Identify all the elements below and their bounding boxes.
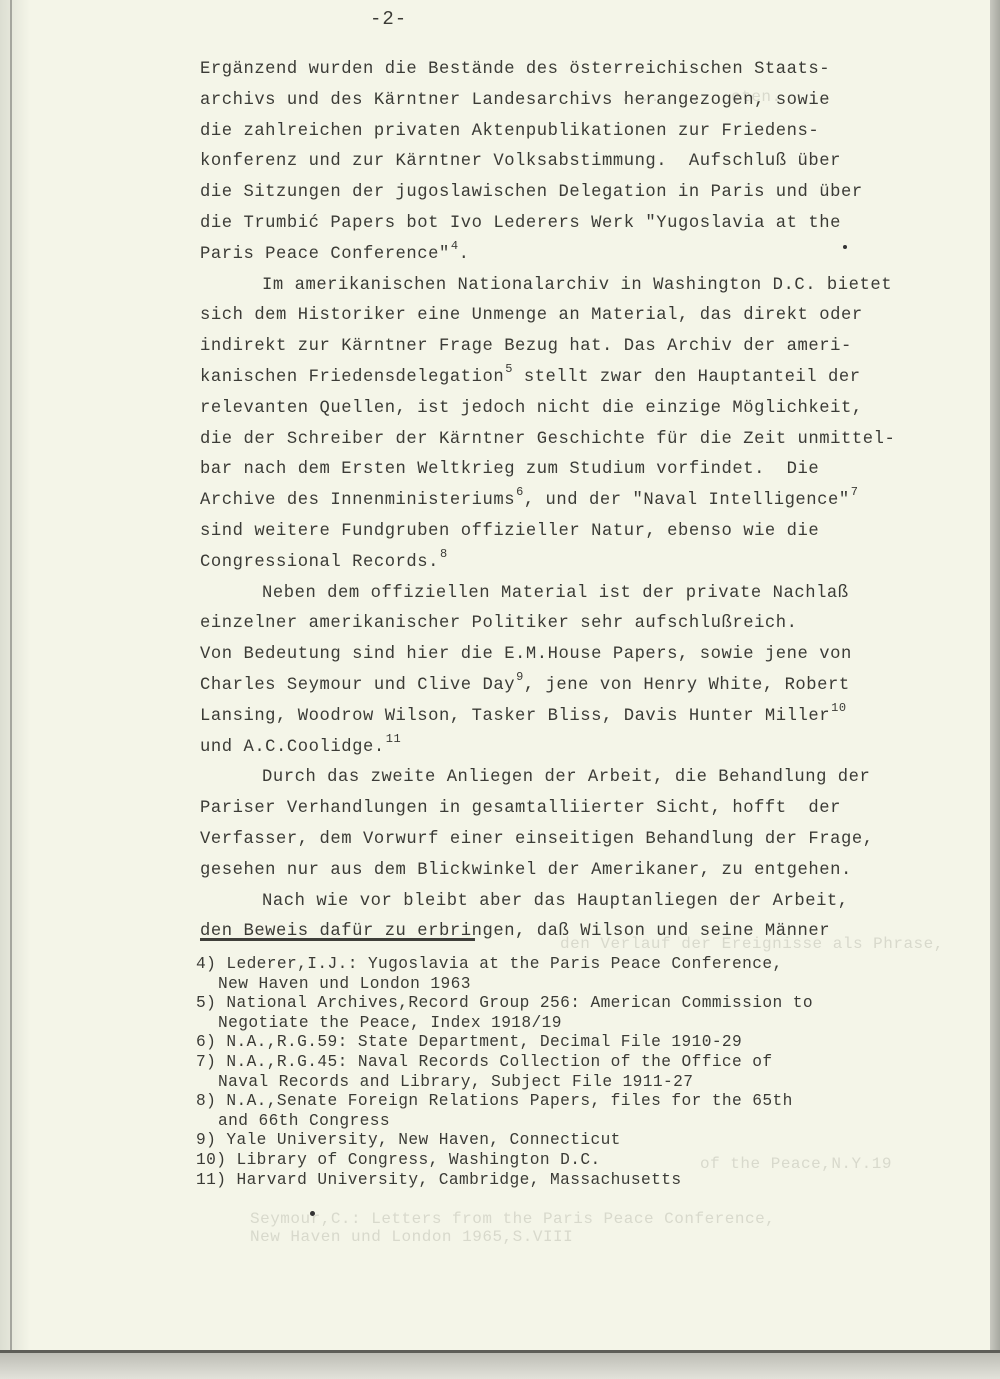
text-line-content: Verfasser, dem Vorwurf einer einseitigen… — [200, 830, 874, 849]
footnote-reference: 10 — [831, 701, 847, 715]
text-line-content: Ergänzend wurden die Bestände des österr… — [200, 60, 830, 79]
text-line: Neben dem offiziellen Material ist der p… — [200, 579, 980, 610]
scan-left-shade — [0, 0, 30, 1350]
text-line-content: die der Schreiber der Kärntner Geschicht… — [200, 430, 895, 449]
footnote-reference: 7 — [851, 485, 859, 499]
text-line: die zahlreichen privaten Aktenpublikatio… — [200, 117, 980, 148]
text-line-content: gesehen nur aus dem Blickwinkel der Amer… — [200, 861, 852, 880]
bleed-through-text: New Haven und London 1965,S.VIII — [250, 1228, 573, 1246]
text-line: Paris Peace Conference"4. — [200, 240, 980, 271]
text-line-content: und A.C.Coolidge. — [200, 738, 385, 757]
text-line-content: Pariser Verhandlungen in gesamtalliierte… — [200, 799, 841, 818]
footnote-separator — [200, 938, 475, 941]
text-line: gesehen nur aus dem Blickwinkel der Amer… — [200, 856, 980, 887]
scan-left-edge — [10, 0, 12, 1350]
ink-speck — [843, 245, 847, 249]
text-line-content: kanischen Friedensdelegation — [200, 368, 504, 387]
footnote-reference: 11 — [386, 732, 402, 746]
text-line-content: die zahlreichen privaten Aktenpublikatio… — [200, 122, 819, 141]
text-line-content: sich dem Historiker eine Unmenge an Mate… — [200, 306, 863, 325]
text-line-content: Nach wie vor bleibt aber das Hauptanlieg… — [262, 892, 849, 911]
footnote-reference: 8 — [440, 547, 448, 561]
footnote-item: 9) Yale University, New Haven, Connectic… — [196, 1131, 986, 1151]
text-line-content: , jene von Henry White, Robert — [524, 676, 850, 695]
footnote-item: 4) Lederer,I.J.: Yugoslavia at the Paris… — [196, 955, 986, 975]
text-line-content: Von Bedeutung sind hier die E.M.House Pa… — [200, 645, 852, 664]
text-line-content: Lansing, Woodrow Wilson, Tasker Bliss, D… — [200, 707, 830, 726]
text-line-content: Neben dem offiziellen Material ist der p… — [262, 584, 849, 603]
footnote-continuation: Negotiate the Peace, Index 1918/19 — [196, 1014, 986, 1034]
page-number: -2- — [370, 8, 407, 30]
text-line: Von Bedeutung sind hier die E.M.House Pa… — [200, 640, 980, 671]
text-line-content: einzelner amerikanischer Politiker sehr … — [200, 614, 798, 633]
body-text: Ergänzend wurden die Bestände des österr… — [200, 55, 980, 948]
bleed-through-text: Seymour,C.: Letters from the Paris Peace… — [250, 1210, 775, 1228]
footnote-item: 6) N.A.,R.G.59: State Department, Decima… — [196, 1033, 986, 1053]
text-line: Charles Seymour und Clive Day9, jene von… — [200, 671, 980, 702]
text-line-content: Charles Seymour und Clive Day — [200, 676, 515, 695]
text-line-content: sind weitere Fundgruben offizieller Natu… — [200, 522, 819, 541]
text-line: Ergänzend wurden die Bestände des österr… — [200, 55, 980, 86]
scan-bottom-strip — [0, 1353, 1000, 1379]
text-line: und A.C.Coolidge.11 — [200, 733, 980, 764]
text-line-content: Durch das zweite Anliegen der Arbeit, di… — [262, 768, 870, 787]
footnote-reference: 6 — [516, 485, 524, 499]
text-line-content: stellt zwar den Hauptanteil der — [513, 368, 861, 387]
ink-speck — [310, 1211, 315, 1216]
text-line-content: Im amerikanischen Nationalarchiv in Wash… — [262, 276, 892, 295]
footnote-item: 7) N.A.,R.G.45: Naval Records Collection… — [196, 1053, 986, 1073]
footnote-continuation: and 66th Congress — [196, 1112, 986, 1132]
footnote-item: 11) Harvard University, Cambridge, Massa… — [196, 1171, 986, 1191]
text-line: sind weitere Fundgruben offizieller Natu… — [200, 517, 980, 548]
text-line: Pariser Verhandlungen in gesamtalliierte… — [200, 794, 980, 825]
text-line-content: relevanten Quellen, ist jedoch nicht die… — [200, 399, 863, 418]
text-line: indirekt zur Kärntner Frage Bezug hat. D… — [200, 332, 980, 363]
text-line: konferenz und zur Kärntner Volksabstimmu… — [200, 147, 980, 178]
scan-right-edge — [990, 0, 1000, 1379]
footnote-item: 10) Library of Congress, Washington D.C. — [196, 1151, 986, 1171]
document-page: ......... eten. den Verlauf der Ereignis… — [0, 0, 1000, 1350]
footnote-item: 5) National Archives,Record Group 256: A… — [196, 994, 986, 1014]
footnote-continuation: Naval Records and Library, Subject File … — [196, 1073, 986, 1093]
text-line-content: konferenz und zur Kärntner Volksabstimmu… — [200, 152, 841, 171]
footnotes: 4) Lederer,I.J.: Yugoslavia at the Paris… — [196, 955, 986, 1190]
footnote-continuation: New Haven und London 1963 — [196, 975, 986, 995]
text-line: die Sitzungen der jugoslawischen Delegat… — [200, 178, 980, 209]
text-line: relevanten Quellen, ist jedoch nicht die… — [200, 394, 980, 425]
footnote-reference: 4 — [451, 239, 459, 253]
text-line-content: archivs und des Kärntner Landesarchivs h… — [200, 91, 830, 110]
text-line: Nach wie vor bleibt aber das Hauptanlieg… — [200, 887, 980, 918]
text-line: Lansing, Woodrow Wilson, Tasker Bliss, D… — [200, 702, 980, 733]
text-line: Verfasser, dem Vorwurf einer einseitigen… — [200, 825, 980, 856]
text-line: die der Schreiber der Kärntner Geschicht… — [200, 425, 980, 456]
footnote-reference: 9 — [516, 670, 524, 684]
text-line-content: Paris Peace Conference" — [200, 245, 450, 264]
text-line: Congressional Records.8 — [200, 548, 980, 579]
text-line-content: die Trumbić Papers bot Ivo Lederers Werk… — [200, 214, 841, 233]
text-line-content: Archive des Innenministeriums — [200, 491, 515, 510]
text-line-content: , und der "Naval Intelligence" — [524, 491, 850, 510]
footnote-reference: 5 — [505, 362, 513, 376]
text-line: kanischen Friedensdelegation5 stellt zwa… — [200, 363, 980, 394]
text-line-content: die Sitzungen der jugoslawischen Delegat… — [200, 183, 863, 202]
text-line: den Beweis dafür zu erbringen, daß Wilso… — [200, 917, 980, 948]
text-line-content: bar nach dem Ersten Weltkrieg zum Studiu… — [200, 460, 819, 479]
text-line: die Trumbić Papers bot Ivo Lederers Werk… — [200, 209, 980, 240]
text-line: Archive des Innenministeriums6, und der … — [200, 486, 980, 517]
text-line-content: . — [459, 245, 470, 264]
text-line-content: Congressional Records. — [200, 553, 439, 572]
footnote-item: 8) N.A.,Senate Foreign Relations Papers,… — [196, 1092, 986, 1112]
text-line: einzelner amerikanischer Politiker sehr … — [200, 609, 980, 640]
text-line: Im amerikanischen Nationalarchiv in Wash… — [200, 271, 980, 302]
text-line-content: indirekt zur Kärntner Frage Bezug hat. D… — [200, 337, 852, 356]
text-line: archivs und des Kärntner Landesarchivs h… — [200, 86, 980, 117]
text-line: bar nach dem Ersten Weltkrieg zum Studiu… — [200, 455, 980, 486]
text-line: sich dem Historiker eine Unmenge an Mate… — [200, 301, 980, 332]
text-line: Durch das zweite Anliegen der Arbeit, di… — [200, 763, 980, 794]
